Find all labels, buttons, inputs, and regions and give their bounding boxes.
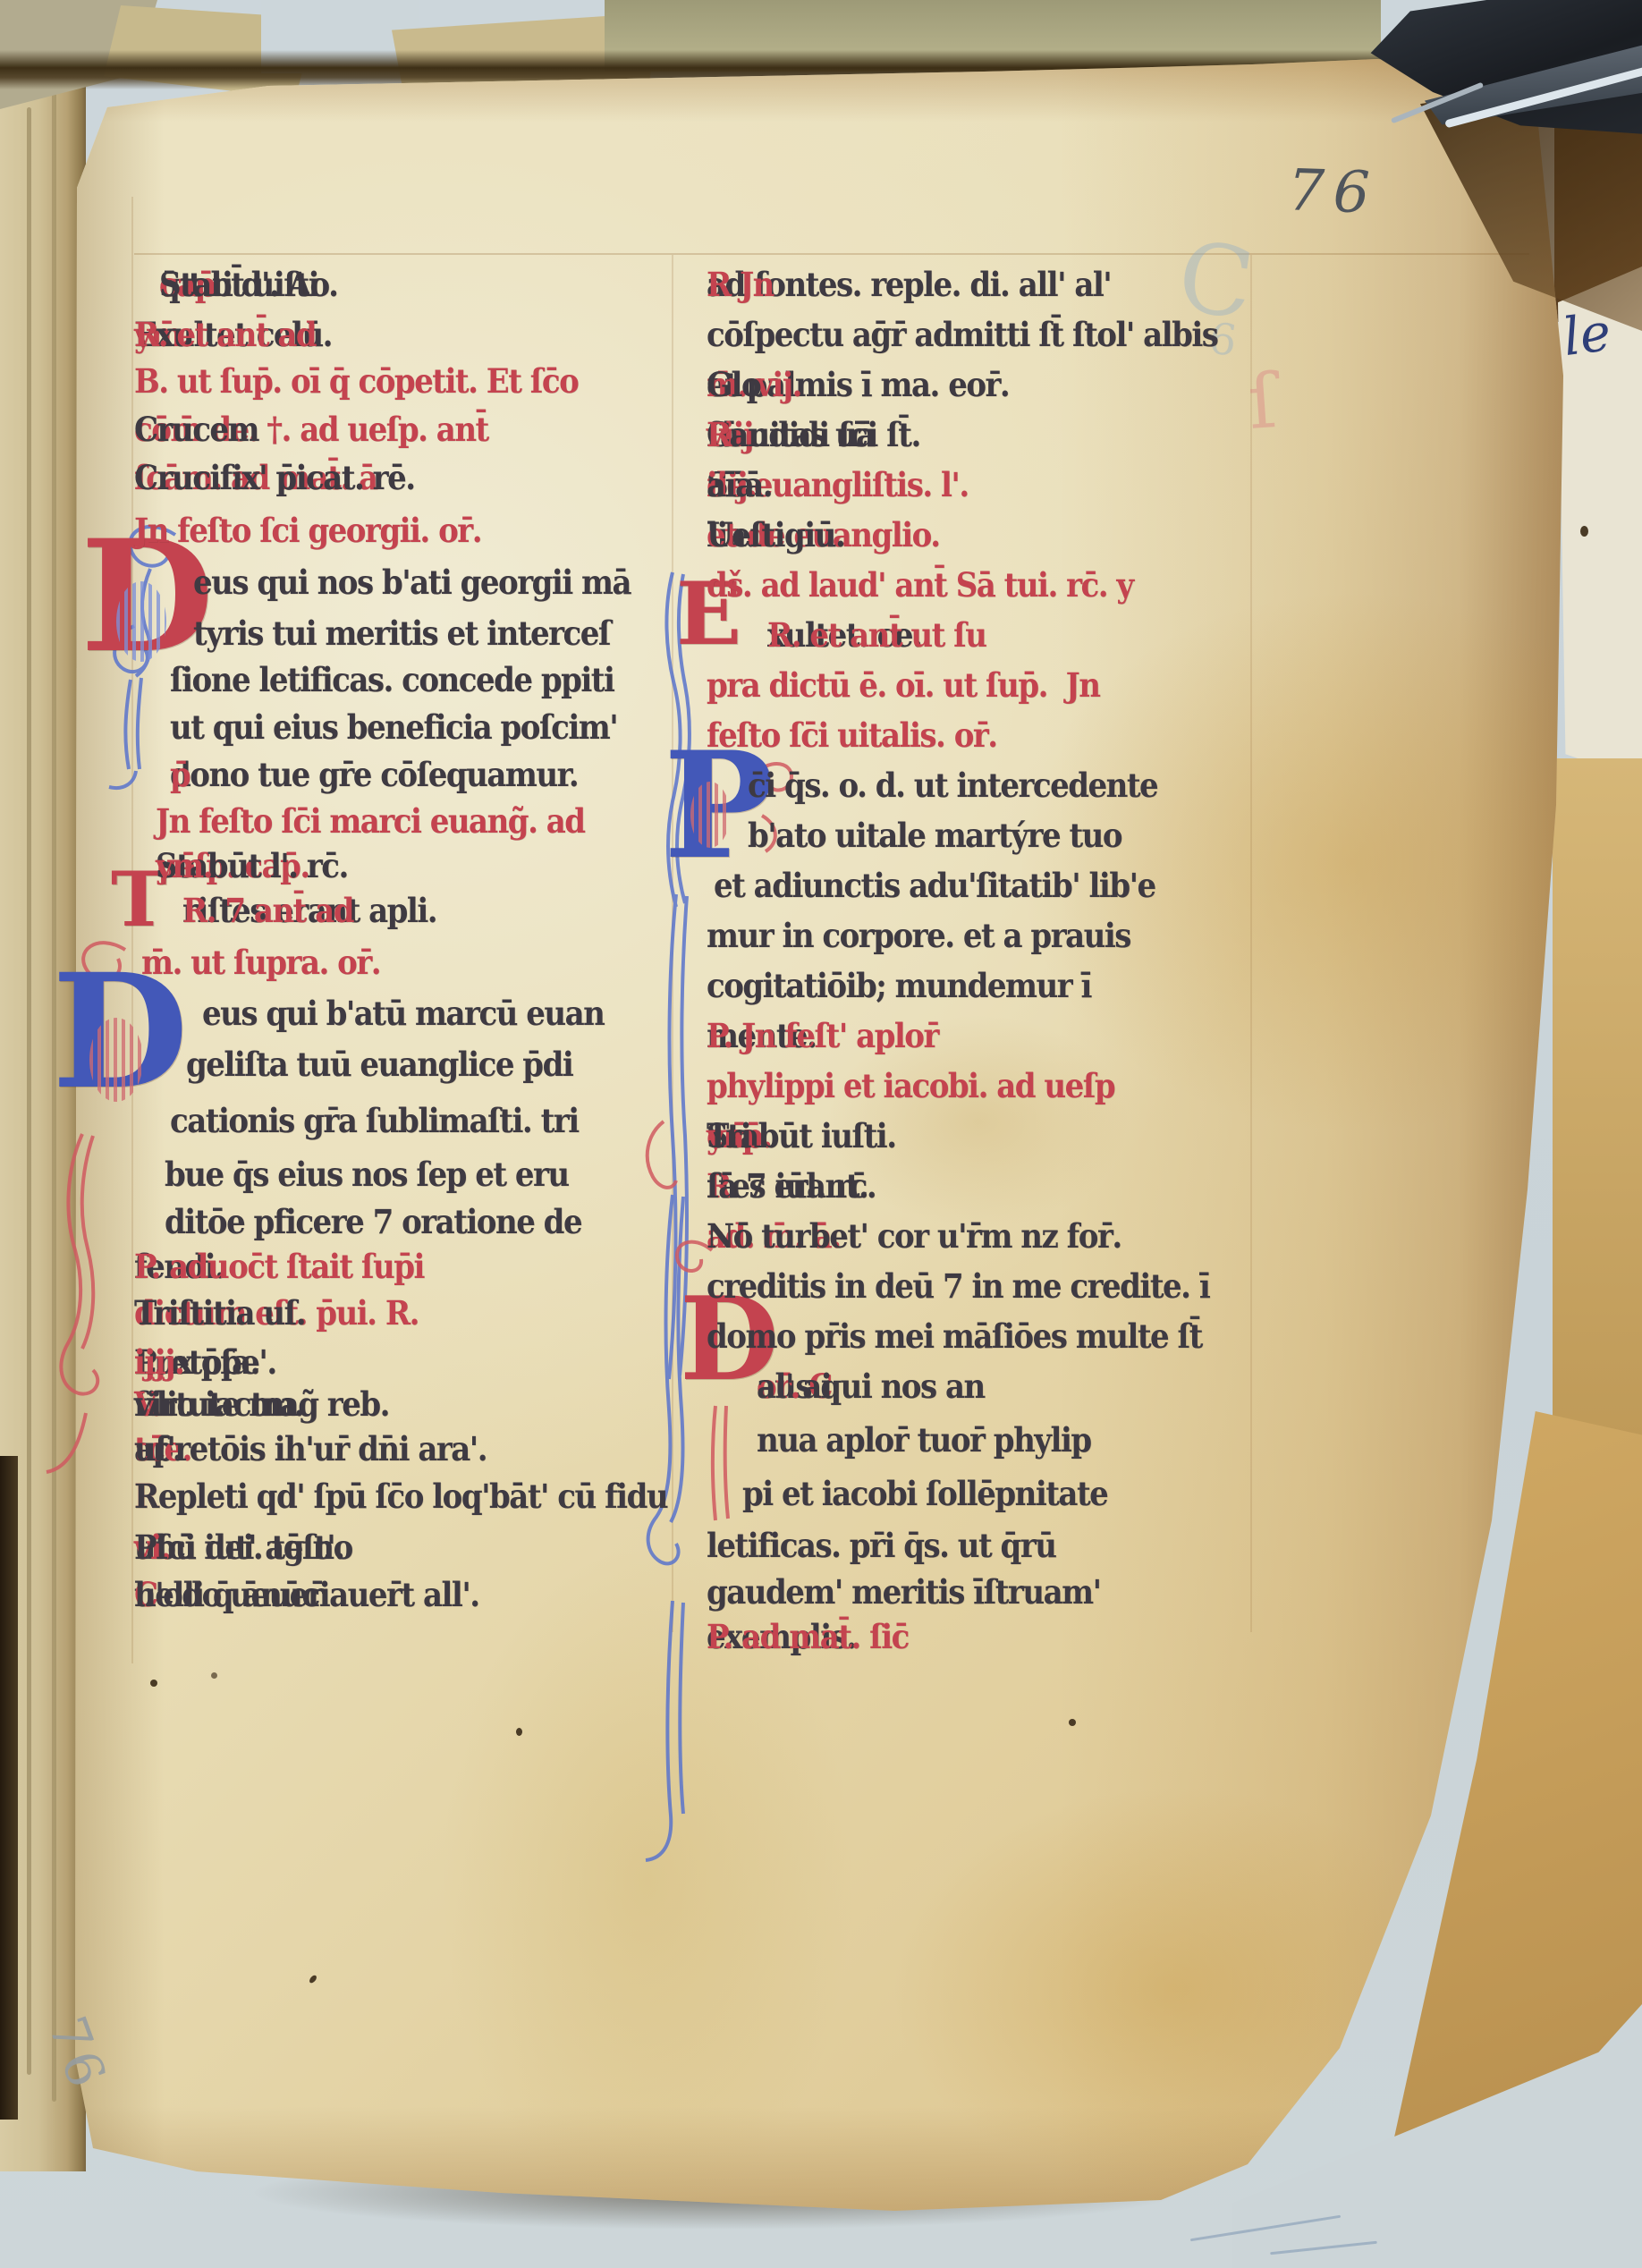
text-segment: gaudem' meritis īſtruam' bbox=[707, 1576, 1100, 1609]
text-segment: aīa bbox=[707, 469, 753, 502]
initial-hatching bbox=[116, 581, 166, 662]
text-segment: domo pr̄is mei māſiōes multe ſt̄ bbox=[707, 1320, 1202, 1353]
text-segment: cogitatiōib; mundemur ī bbox=[707, 969, 1091, 1003]
ink-speck bbox=[150, 1680, 157, 1687]
text-segment: P. ad mat̄. ſic̄ bbox=[707, 1621, 909, 1654]
text-segment: Crucifix' p̄icat. rē. bbox=[134, 461, 415, 495]
ink-speck bbox=[1069, 1719, 1076, 1726]
text-segment: m̄. ut ſupra. or̄. bbox=[141, 946, 380, 979]
text-segment: virtute mag̃ reb. bbox=[134, 1388, 389, 1421]
text-segment: eus qui b'atū marcū euan bbox=[202, 997, 604, 1030]
text-segment: al' ai bbox=[757, 1370, 831, 1403]
text-segment: ym̄. bbox=[156, 850, 212, 883]
initial-hatching bbox=[89, 1018, 143, 1102]
text-segment: pra dictū ē. oī. ut ſup̄. Jn bbox=[707, 669, 1099, 702]
text-segment: mur in corpore. et a prauis bbox=[707, 919, 1130, 952]
ink-speck bbox=[211, 1672, 217, 1679]
text-segment: letificas. pr̄i q̄s. ut q̄rū bbox=[707, 1529, 1055, 1562]
text-segment: Candidi ſc̄i ſt̄. bbox=[707, 419, 929, 452]
text-segment: Ueſtigiū. bbox=[707, 519, 844, 552]
text-segment: Triſtitia uſ. bbox=[134, 1297, 305, 1330]
text-segment: Jn feſto ſci georgii. or̄. bbox=[134, 514, 481, 547]
text-segment: Crucem bbox=[134, 413, 258, 446]
text-segment: Stabt̄ uiſti bbox=[159, 268, 318, 301]
text-segment: P. aduoc̄t ſtait ſup̄i bbox=[134, 1250, 424, 1283]
text-segment: eus qui nos b'ati georgii mā bbox=[193, 566, 631, 599]
text-segment: pi et iacobi ſollēpnitate bbox=[742, 1477, 1107, 1511]
text-segment: ditōe pficere 7 oratione de bbox=[165, 1206, 581, 1239]
text-segment: iiij. bbox=[134, 1346, 183, 1379]
text-segment: creditis in deū 7 in me credite. ī bbox=[707, 1270, 1209, 1303]
text-segment: cationis gr̄a ſublimaſti. tri bbox=[170, 1104, 579, 1138]
text-segment: dono tue gr̄e cōſequamur. bbox=[170, 758, 588, 791]
text-segment: Tri bbox=[707, 1120, 750, 1153]
text-segment: Jn feſto ſc̄i marci euang̃. ad bbox=[156, 805, 585, 838]
text-segment: h'odo ueuer̄ bbox=[134, 1578, 322, 1612]
text-segment: Repleti qd' ſpū ſc̄o loq'bāt' cū fidu bbox=[134, 1480, 667, 1513]
text-segment: B. ut ſup̄. oī q̄ cōpetit. Et ſc̄o bbox=[134, 365, 578, 398]
text-segment: R. 7 ant̄ ad bbox=[182, 894, 353, 927]
text-segment: Glo bbox=[707, 368, 760, 402]
folio-number-ink: 76 bbox=[1287, 157, 1380, 226]
text-segment: b'ato uitale martýre tuo bbox=[748, 819, 1121, 852]
text-segment: tyris tui meritis et interceſ bbox=[193, 617, 610, 650]
initial-hatching bbox=[690, 782, 730, 848]
text-segment: c̄i q̄s. o. d. ut intercedente bbox=[748, 769, 1157, 802]
text-segment: Nō turbet' cor u'r̄m nz for̄. bbox=[707, 1220, 1121, 1253]
text-segment: phylippi et iacobi. ad ueſp bbox=[707, 1070, 1114, 1103]
text-segment: nua aplor̄ tuor̄ phylip bbox=[757, 1424, 1091, 1457]
text-segment: geliſta tuū euanglice p̄di bbox=[186, 1048, 572, 1081]
text-segment: cōſpectu aḡr̄ admitti ſt̄ ſtol' albis bbox=[707, 318, 1217, 351]
text-segment: ſione letificas. concede ppiti bbox=[170, 664, 614, 697]
text-segment: et adiunctis adu'ſitatib' lib'e bbox=[714, 869, 1155, 902]
text-segment: bue q̄s eius nos ſep et eru bbox=[165, 1158, 569, 1191]
text-segment: R. et ant̄ ad bbox=[134, 318, 316, 351]
ink-speck bbox=[1580, 526, 1588, 537]
text-segment: feſto ſc̄i uitalis. or̄. bbox=[707, 719, 997, 752]
text-segment: P. Jn feſt' aplor̄ bbox=[707, 1020, 938, 1053]
text-segment: R. et ant̄ ut ſu bbox=[767, 619, 986, 652]
text-segment: dš. ad laud' ant̄ Sā tui. rc̄. y bbox=[707, 569, 1133, 602]
ink-speck bbox=[516, 1728, 522, 1736]
text-segment: ſā 7 iūl. rc̄. bbox=[707, 1170, 876, 1203]
text-segment: uſ'retōis ih'ur̄ dn̄i ara'. bbox=[134, 1433, 487, 1466]
manuscript-photo: le C 6 ſ bbox=[0, 0, 1642, 2268]
text-segment: R Jn bbox=[707, 268, 774, 301]
text-segment: ut qui eius beneficia poſcim' bbox=[170, 711, 617, 744]
text-segment: Pſci iut' aḡ no bbox=[134, 1531, 352, 1564]
text-segment: p̄ bbox=[170, 758, 190, 791]
text-segment: R bbox=[707, 419, 731, 452]
